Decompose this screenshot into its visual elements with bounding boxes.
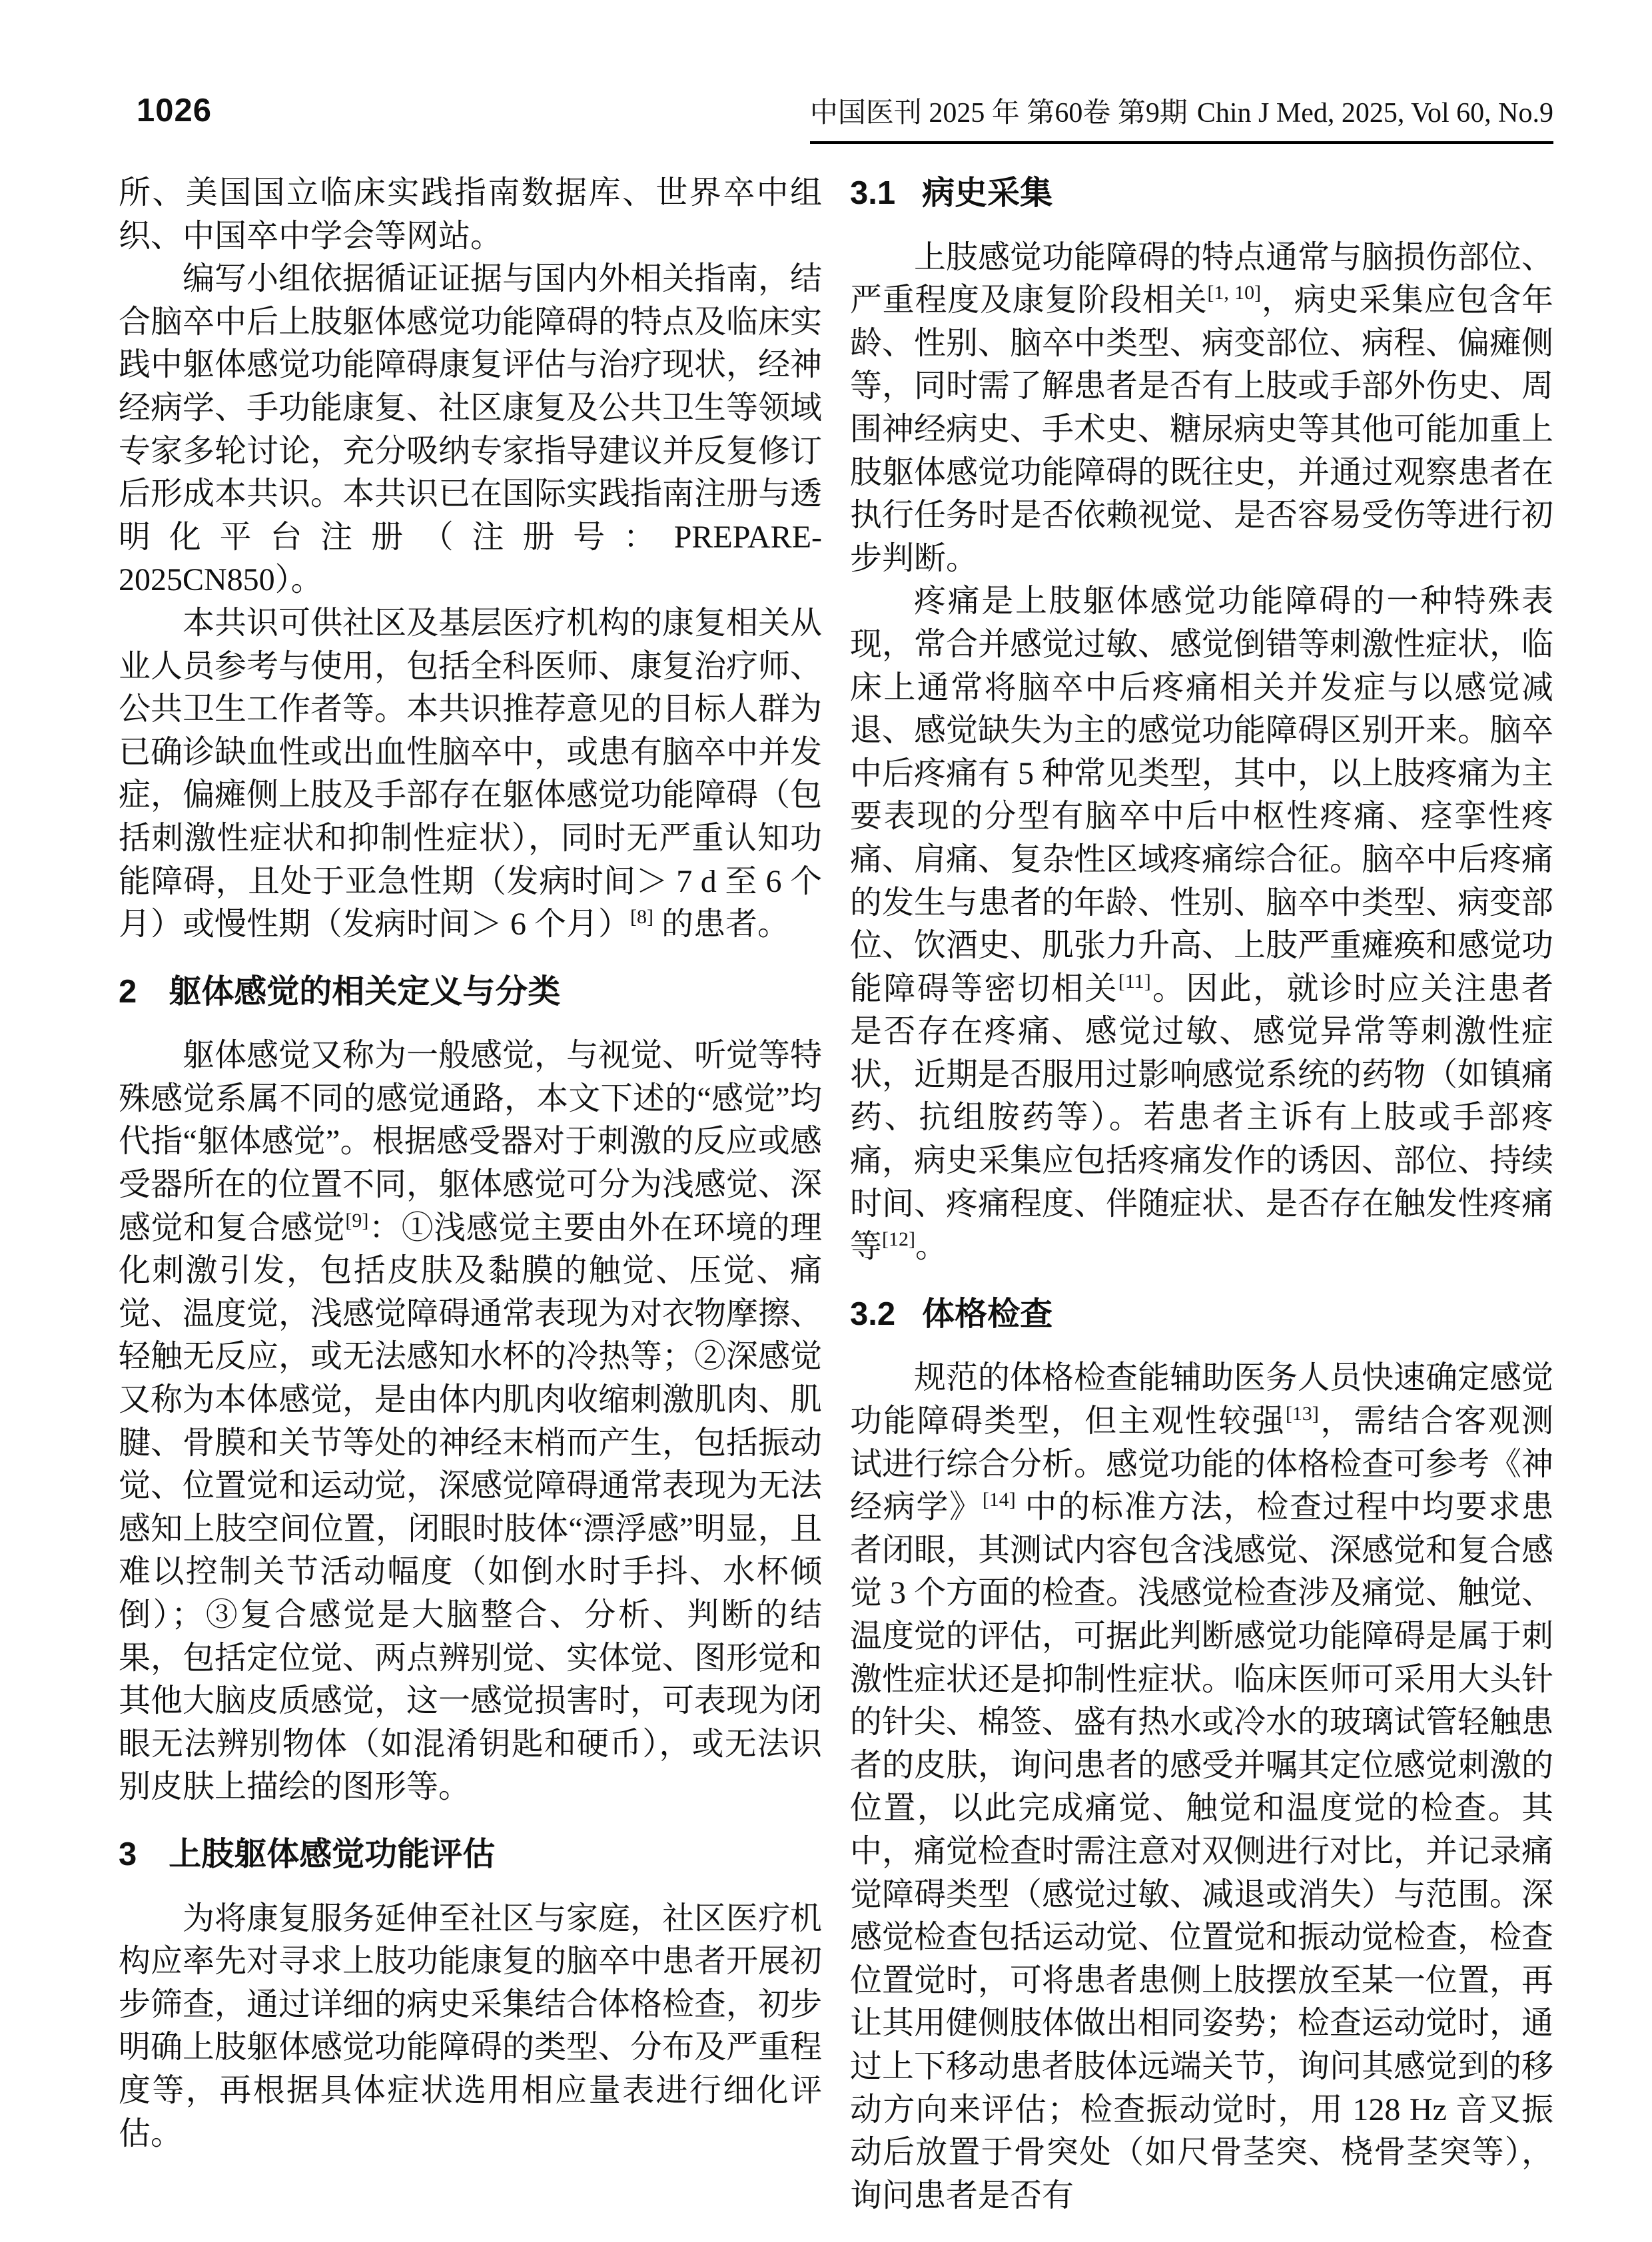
right-column: 3.1病史采集上肢感觉功能障碍的特点通常与脑损伤部位、严重程度及康复阶段相关[1… [850, 172, 1553, 2217]
paragraph: 疼痛是上肢躯体感觉功能障碍的一种特殊表现，常合并感觉过敏、感觉倒错等刺激性症状，… [850, 580, 1553, 1269]
journal-info: 中国医刊 2025 年 第60卷 第9期Chin J Med, 2025, Vo… [810, 91, 1553, 144]
section-title: 躯体感觉的相关定义与分类 [169, 974, 560, 1010]
journal-title-english: Chin J Med, 2025, Vol 60, No.9 [1197, 98, 1553, 129]
section-heading: 2躯体感觉的相关定义与分类 [119, 970, 822, 1014]
paragraph: 躯体感觉又称为一般感觉，与视觉、听觉等特殊感觉系属不同的感觉通路，本文下述的“感… [119, 1034, 822, 1809]
section-number: 3.1 [850, 175, 895, 211]
section-title: 体格检查 [922, 1296, 1052, 1332]
section-number: 2 [119, 974, 137, 1010]
reference-marker: [13] [1286, 1403, 1319, 1425]
page-number: 1026 [137, 92, 212, 129]
reference-marker: [1, 10] [1207, 282, 1261, 304]
reference-marker: [8] [630, 906, 653, 928]
section-number: 3 [119, 1836, 137, 1872]
paragraph: 为将康复服务延伸至社区与家庭，社区医疗机构应率先对寻求上肢功能康复的脑卒中患者开… [119, 1898, 822, 2156]
section-heading: 3.1病史采集 [850, 172, 1553, 215]
paragraph: 本共识可供社区及基层医疗机构的康复相关从业人员参考与使用，包括全科医师、康复治疗… [119, 602, 822, 946]
section-heading: 3上肢躯体感觉功能评估 [119, 1833, 822, 1876]
section-number: 3.2 [850, 1296, 895, 1332]
left-column: 所、美国国立临床实践指南数据库、世界卒中组织、中国卒中学会等网站。编写小组依据循… [119, 172, 822, 2155]
reference-marker: [11] [1118, 970, 1151, 992]
section-heading: 3.2体格检查 [850, 1293, 1553, 1336]
journal-page: 1026 中国医刊 2025 年 第60卷 第9期Chin J Med, 202… [0, 0, 1652, 2242]
journal-title-volume: 中国医刊 2025 年 第60卷 第9期 [810, 98, 1188, 129]
paragraph: 上肢感觉功能障碍的特点通常与脑损伤部位、严重程度及康复阶段相关[1, 10]，病… [850, 236, 1553, 581]
reference-marker: [14] [983, 1489, 1016, 1511]
paragraph: 规范的体格检查能辅助医务人员快速确定感觉功能障碍类型，但主观性较强[13]，需结… [850, 1357, 1553, 2217]
paragraph: 编写小组依据循证证据与国内外相关指南，结合脑卒中后上肢躯体感觉功能障碍的特点及临… [119, 258, 822, 602]
paragraph: 所、美国国立临床实践指南数据库、世界卒中组织、中国卒中学会等网站。 [119, 172, 822, 258]
section-title: 病史采集 [922, 175, 1052, 211]
reference-marker: [12] [882, 1228, 915, 1250]
section-title: 上肢躯体感觉功能评估 [169, 1836, 495, 1872]
reference-marker: [9] [345, 1210, 368, 1232]
